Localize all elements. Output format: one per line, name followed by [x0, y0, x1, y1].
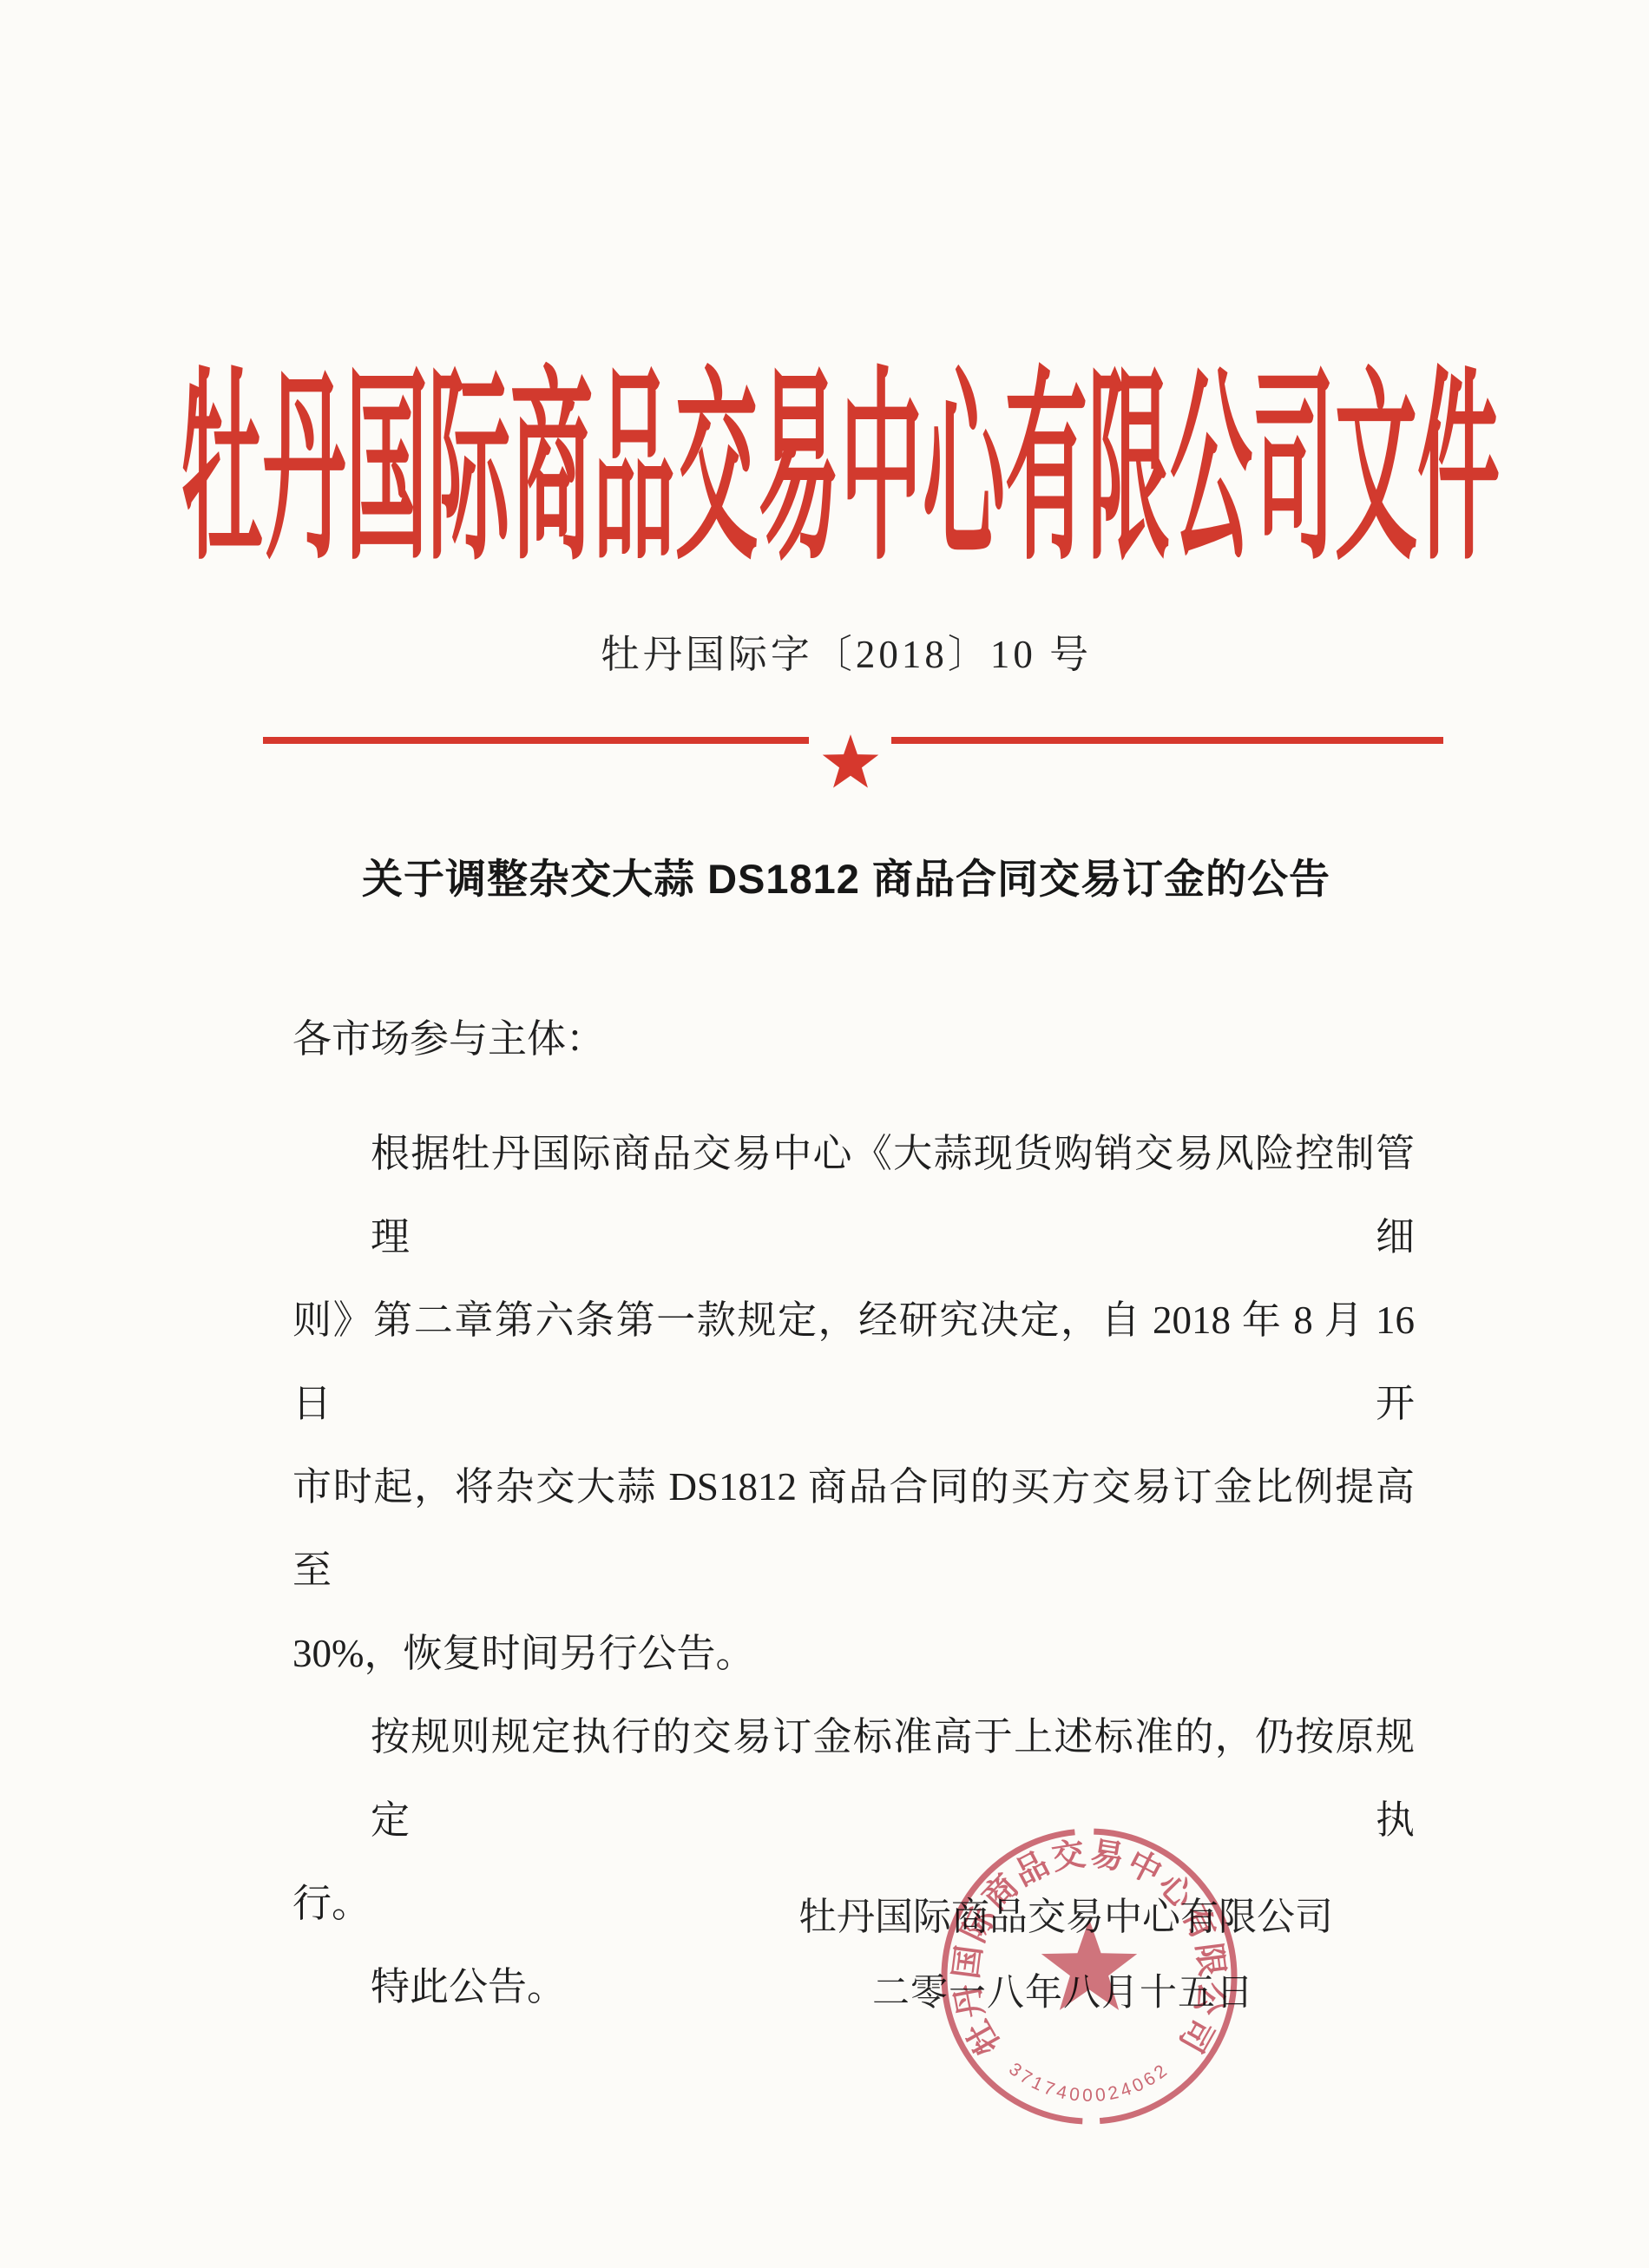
stamp-star-icon — [1041, 1919, 1137, 2010]
body-line: 则》第二章第六条第一款规定，经研究决定，自 2018 年 8 月 16 日开 — [292, 1279, 1415, 1445]
company-stamp: 牡丹国际商品交易中心有限公司 3717400024062 — [933, 1820, 1245, 2133]
org-header-title: 牡丹国际商品交易中心有限公司文件 — [16, 368, 1649, 575]
doc-number: 牡丹国际字〔2018〕10 号 — [48, 632, 1645, 677]
notice-title: 关于调整杂交大蒜 DS1812 商品合同交易订金的公告 — [48, 847, 1645, 905]
divider-rule-right — [891, 737, 1443, 744]
divider-rule-left — [263, 737, 809, 744]
star-icon — [820, 733, 881, 791]
body-line: 根据牡丹国际商品交易中心《大蒜现货购销交易风险控制管理细 — [292, 1112, 1415, 1279]
body-line: 按规则规定执行的交易订金标准高于上述标准的，仍按原规定执 — [292, 1695, 1415, 1862]
salutation: 各市场参与主体： — [292, 1017, 605, 1061]
document-page: 牡丹国际商品交易中心有限公司文件 牡丹国际字〔2018〕10 号 关于调整杂交大… — [0, 0, 1649, 2268]
body-line: 30%，恢复时间另行公告。 — [292, 1612, 1415, 1695]
stamp-serial-number: 3717400024062 — [1005, 2059, 1173, 2106]
body-line: 市时起，将杂交大蒜 DS1812 商品合同的买方交易订金比例提高至 — [292, 1445, 1415, 1612]
